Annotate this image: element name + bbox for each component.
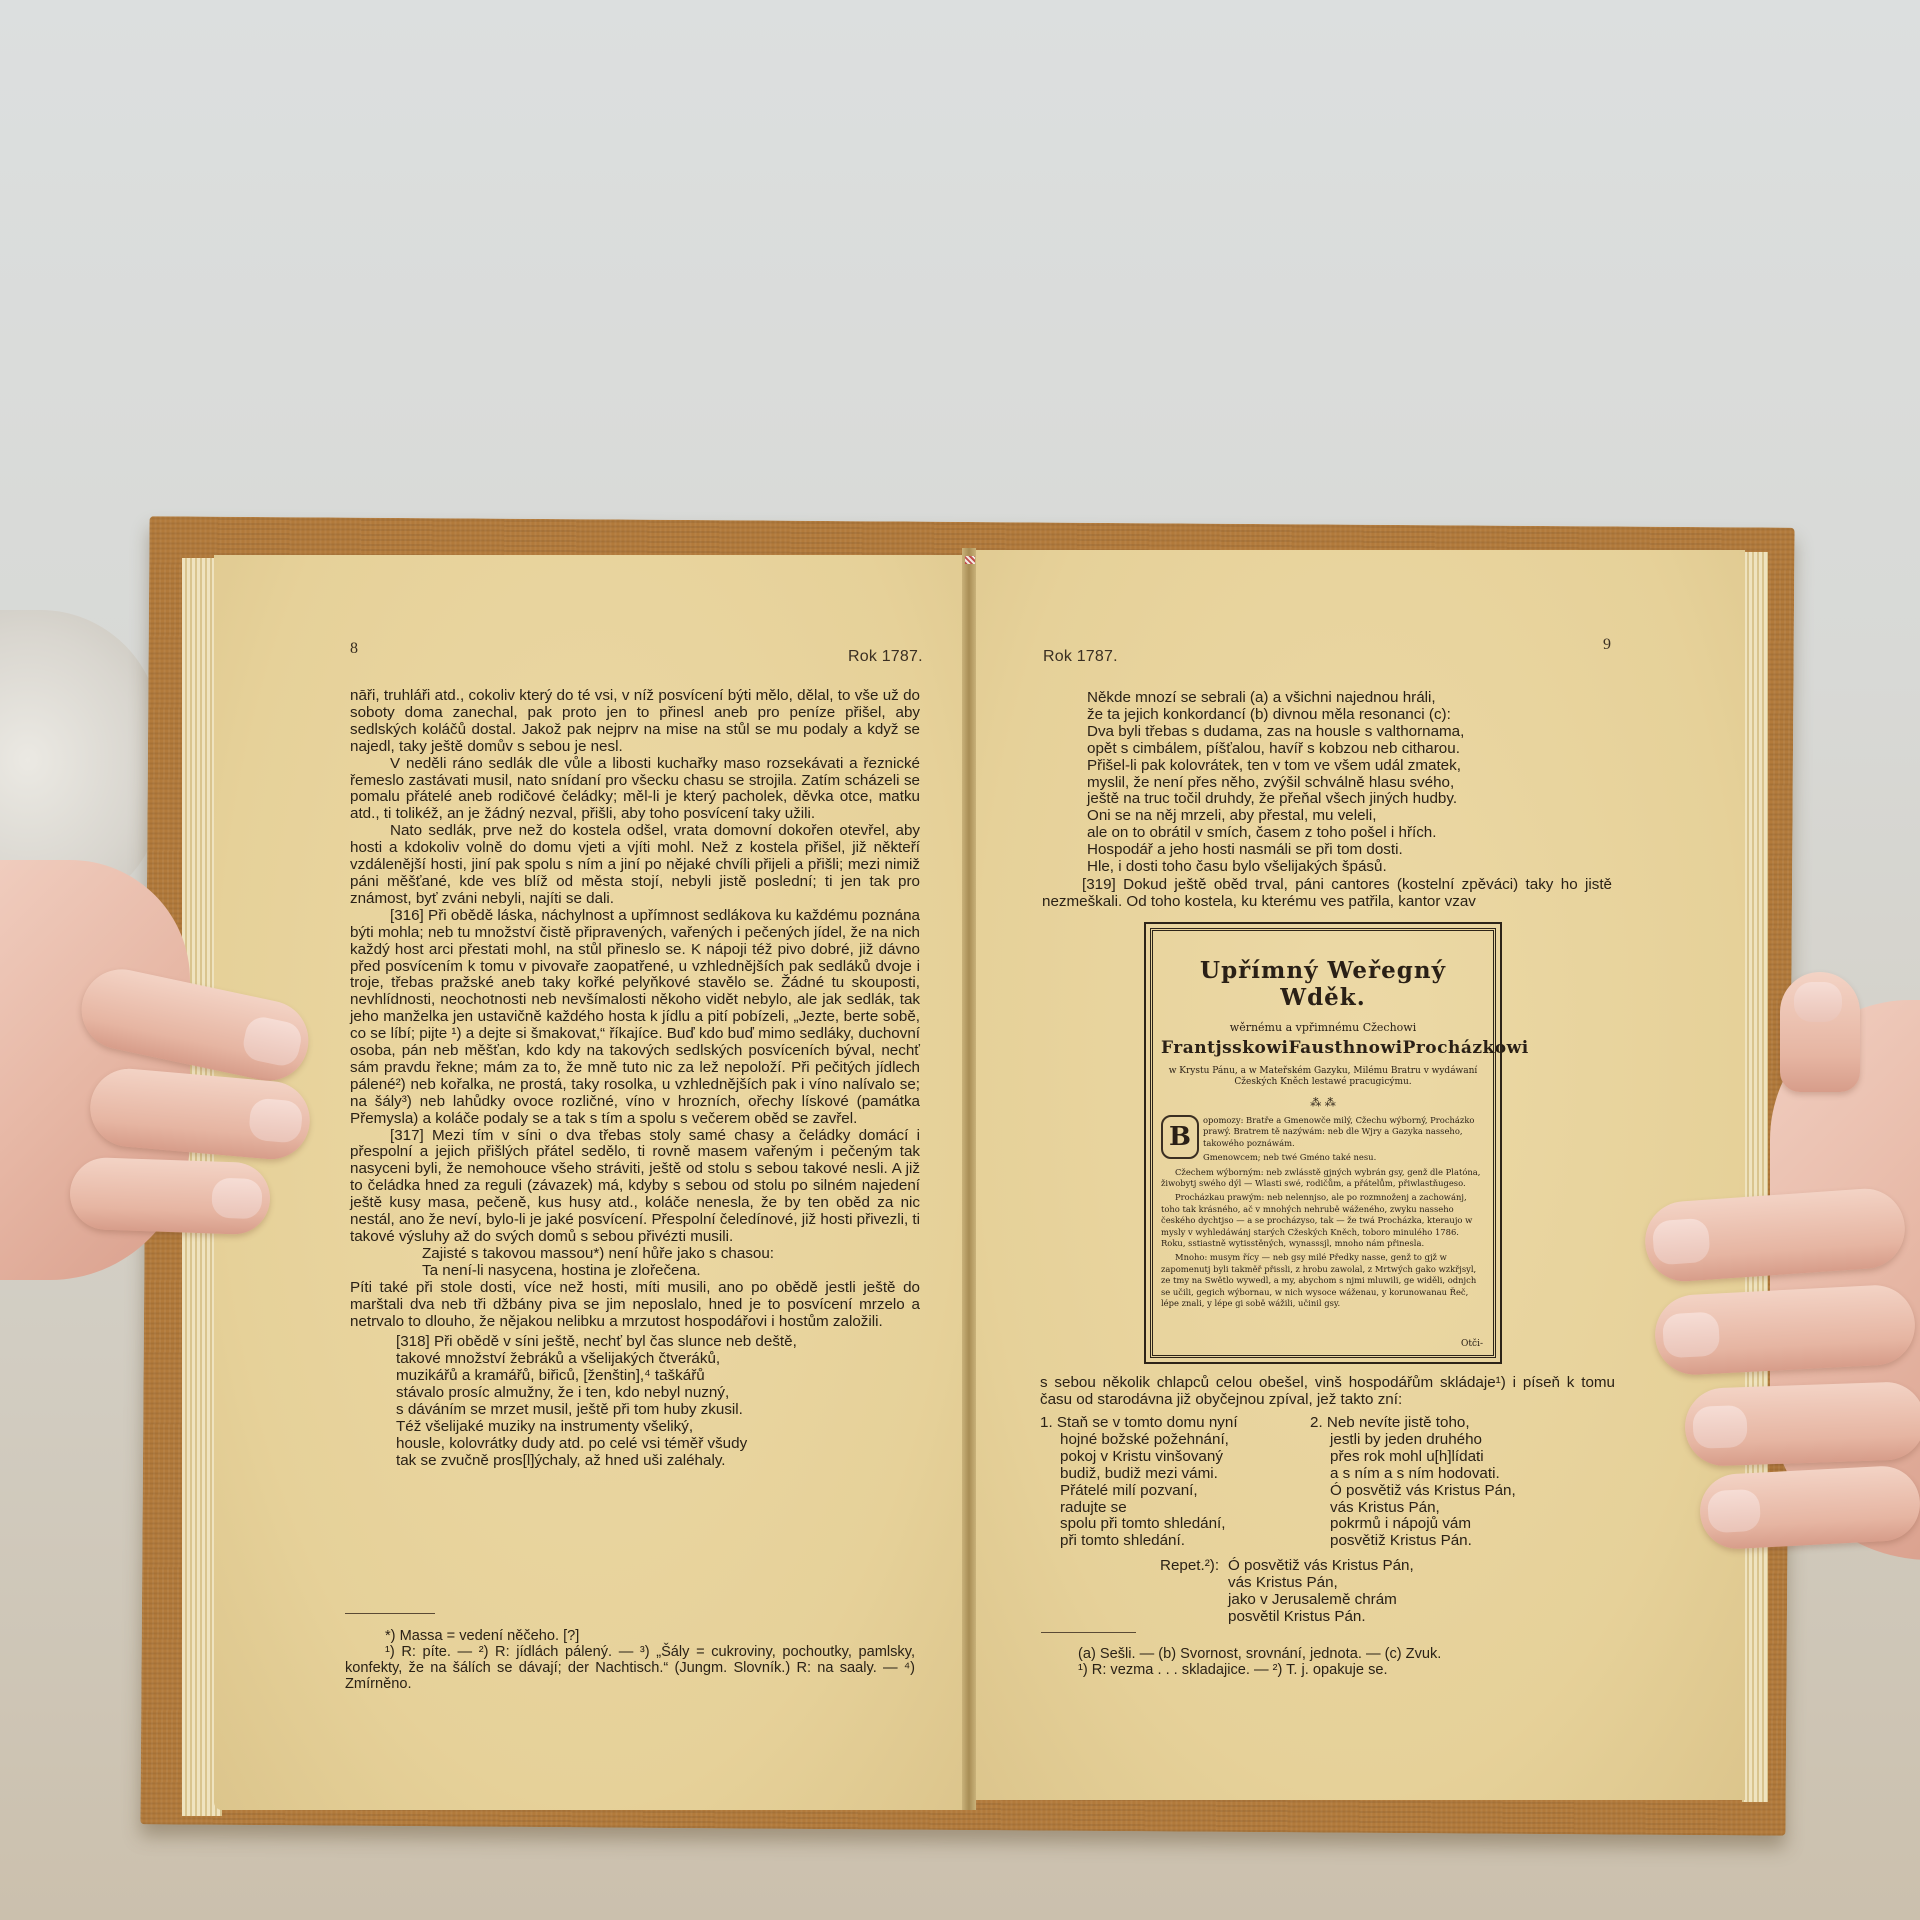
facsimile-dedication: w Krystu Pánu, a w Mateřském Gazyku, Mil…	[1153, 1066, 1493, 1088]
verse-line: Někde mnozí se sebrali (a) a všichni naj…	[1087, 690, 1464, 707]
song-line: Přátelé milí pozvaní,	[1040, 1483, 1238, 1500]
running-head-right: Rok 1787.	[1043, 648, 1118, 666]
running-head-left: Rok 1787.	[848, 648, 923, 666]
repeat-line: Ó posvětiž vás Kristus Pán,	[1228, 1558, 1414, 1575]
song-stanza-2: 2. Neb nevíte jistě toho, jestli by jede…	[1310, 1415, 1516, 1550]
verse-line: Dva byli třebas s dudama, zas na housle …	[1087, 724, 1464, 741]
song-line: 2. Neb nevíte jistě toho,	[1310, 1415, 1516, 1432]
song-line: posvětiž Kristus Pán.	[1310, 1533, 1516, 1550]
verse-line: Též všelijaké muziky na instrumenty všel…	[396, 1419, 920, 1436]
fingernail	[248, 1097, 303, 1143]
verse-line: s dáváním se mrzet musil, ještě při tom …	[396, 1402, 920, 1419]
facsimile-title: Upřímný Weřegný Wděk.	[1153, 957, 1493, 1011]
headband	[965, 556, 975, 564]
verse-line: ale on to obrátil v smích, časem z toho …	[1087, 825, 1464, 842]
verse-top: Někde mnozí se sebrali (a) a všichni naj…	[1087, 690, 1464, 876]
left-body-text: nāři, truhláři atd., cokoliv který do té…	[350, 688, 920, 1470]
song-line: vás Kristus Pán,	[1310, 1500, 1516, 1517]
verse-line: myslil, že není přes něho, zvýšil schvál…	[1087, 775, 1464, 792]
decorated-initial: B	[1161, 1115, 1199, 1159]
paragraph-319-start: [319] Dokud ještě oběd trval, páni canto…	[1042, 877, 1612, 911]
footnote: ¹) R: vezma . . . skladajice. — ²) T. j.…	[1078, 1662, 1638, 1678]
couplet-line: Ta není-li nasycena, hostina je zlořečen…	[350, 1263, 920, 1280]
footnote: (a) Sešli. — (b) Svornost, srovnání, jed…	[1078, 1646, 1638, 1662]
verse-line: Přišel-li pak kolovrátek, ten v tom ve v…	[1087, 758, 1464, 775]
right-thumb	[1780, 972, 1860, 1092]
paragraph: nāři, truhláři atd., cokoliv který do té…	[350, 688, 920, 756]
facsimile-print: Upřímný Weřegný Wděk. wěrnému a vpřimném…	[1150, 928, 1496, 1358]
fingernail	[211, 1177, 262, 1219]
left-footnotes: *) Massa = vedení něčeho. [?] ¹) R: píte…	[345, 1628, 915, 1692]
facsimile-body: B opomozy: Bratře a Gmenowče milý, Cžech…	[1153, 1109, 1493, 1310]
name-part: Procházkowi	[1403, 1038, 1529, 1058]
footnote: *) Massa = vedení něčeho. [?]	[345, 1628, 915, 1644]
repeat-line: vás Kristus Pán,	[1228, 1575, 1414, 1592]
paragraph-319: [319] Dokud ještě oběd trval, páni canto…	[1042, 877, 1612, 911]
verse-318: [318] Při obědě v síni ještě, nechť byl …	[350, 1334, 920, 1469]
footnote-rule	[1041, 1632, 1136, 1633]
paragraph-316: [316] Při obědě láska, náchylnost a upří…	[350, 908, 920, 1128]
facsimile-paragraph: Cžechem wýborným: neb zwlásstě gjných wy…	[1161, 1167, 1485, 1190]
catchword: Otči-	[1461, 1339, 1483, 1349]
paragraph-317: [317] Mezi tím v síni o dva třebas stoly…	[350, 1128, 920, 1246]
page-edges-right	[1742, 552, 1768, 1802]
page-number-right: 9	[1603, 636, 1611, 654]
page-number-left: 8	[350, 640, 358, 658]
song-stanza-1: 1. Staň se v tomto domu nyní hojné božsk…	[1040, 1415, 1238, 1550]
fingernail	[1794, 982, 1842, 1022]
fingernail	[1707, 1489, 1761, 1534]
verse-line: Oni se na něj mrzeli, aby přestal, mu ve…	[1087, 808, 1464, 825]
verse-line: [318] Při obědě v síni ještě, nechť byl …	[396, 1334, 920, 1351]
song-line: pokoj v Kristu vinšovaný	[1040, 1449, 1238, 1466]
verse-line: že ta jejich konkordancí (b) divnou měla…	[1087, 707, 1464, 724]
verse-line: ještě na truc točil druhdy, že přeňal vš…	[1087, 791, 1464, 808]
paragraph: V neděli ráno sedlák dle vůle a libosti …	[350, 756, 920, 824]
right-finger	[1698, 1464, 1920, 1550]
facsimile-paragraph: Procházkau prawým: neb nelennjso, ale po…	[1161, 1192, 1485, 1249]
song-line: budiž, budiž mezi vámi.	[1040, 1466, 1238, 1483]
facsimile-paragraph: opomozy: Bratře a Gmenowče milý, Cžechu …	[1161, 1115, 1485, 1149]
paragraph-319-end: s sebou několik chlapců celou obešel, vi…	[1040, 1375, 1615, 1409]
facsimile-subtitle: wěrnému a vpřimnému Cžechowi	[1153, 1021, 1493, 1034]
song-line: hojné božské požehnání,	[1040, 1432, 1238, 1449]
paragraph: Nato sedlák, prve než do kostela odšel, …	[350, 823, 920, 908]
facsimile-name: Frantjsskowi Fausthnowi Procházkowi	[1153, 1038, 1493, 1058]
book-gutter	[962, 548, 976, 1810]
verse-line: muzikářů a kramářů, biřiců, [ženštin],⁴ …	[396, 1368, 920, 1385]
left-finger	[69, 1157, 271, 1236]
footnote-rule	[345, 1613, 435, 1614]
repeat-lines: Ó posvětiž vás Kristus Pán, vás Kristus …	[1228, 1558, 1414, 1626]
repeat-label: Repet.²):	[1160, 1558, 1219, 1575]
name-part: Frantjsskowi	[1161, 1038, 1288, 1058]
song-line: a s ním a s ním hodovati.	[1310, 1466, 1516, 1483]
fingernail	[240, 1014, 304, 1069]
song-line: při tomto shledání.	[1040, 1533, 1238, 1550]
right-footnotes: (a) Sešli. — (b) Svornost, srovnání, jed…	[1078, 1646, 1638, 1678]
song-line: 1. Staň se v tomto domu nyní	[1040, 1415, 1238, 1432]
ornament-stars: ⁂ ⁂	[1153, 1096, 1493, 1109]
repeat-line: jako v Jerusalemě chrám	[1228, 1592, 1414, 1609]
paragraph-319-continued: s sebou několik chlapců celou obešel, vi…	[1040, 1375, 1615, 1409]
facsimile-paragraph: Gmenowcem; neb twé Gméno také nesu.	[1161, 1152, 1485, 1163]
couplet-line: Zajisté s takovou massou*) není hůře jak…	[350, 1246, 920, 1263]
paragraph: Píti také při stole dosti, více než host…	[350, 1280, 920, 1331]
fingernail	[1662, 1311, 1720, 1358]
verse-line: Hospodář a jeho hosti nasmáli se při tom…	[1087, 842, 1464, 859]
verse-line: opět s cimbálem, píšťalou, havíř s kobzo…	[1087, 741, 1464, 758]
right-finger	[1653, 1283, 1917, 1376]
song-line: Ó posvětiž vás Kristus Pán,	[1310, 1483, 1516, 1500]
repeat-line: posvětil Kristus Pán.	[1228, 1609, 1414, 1626]
song-line: jestli by jeden druhého	[1310, 1432, 1516, 1449]
verse-line: housle, kolovrátky dudy atd. po celé vsi…	[396, 1436, 920, 1453]
fingernail	[1692, 1405, 1747, 1449]
verse-line: tak se zvučně pros[l]ýchaly, až hned uši…	[396, 1453, 920, 1470]
verse-line: stávalo prosíc almužny, že i ten, kdo ne…	[396, 1385, 920, 1402]
verse-line: takové množství žebráků a všelijakých čt…	[396, 1351, 920, 1368]
footnote: ¹) R: píte. — ²) R: jídlách pálený. — ³)…	[345, 1644, 915, 1692]
verse-line: Hle, i dosti toho času bylo všelijakých …	[1087, 859, 1464, 876]
song-line: spolu při tomto shledání,	[1040, 1516, 1238, 1533]
name-part: Fausthnowi	[1288, 1038, 1402, 1058]
fingernail	[1652, 1218, 1711, 1266]
song-line: přes rok mohl u[h]lídati	[1310, 1449, 1516, 1466]
facsimile-paragraph: Mnoho: musym řícy — neb gsy milé Předky …	[1161, 1252, 1485, 1309]
song-line: pokrmů i nápojů vám	[1310, 1516, 1516, 1533]
song-line: radujte se	[1040, 1500, 1238, 1517]
right-finger	[1684, 1381, 1920, 1467]
